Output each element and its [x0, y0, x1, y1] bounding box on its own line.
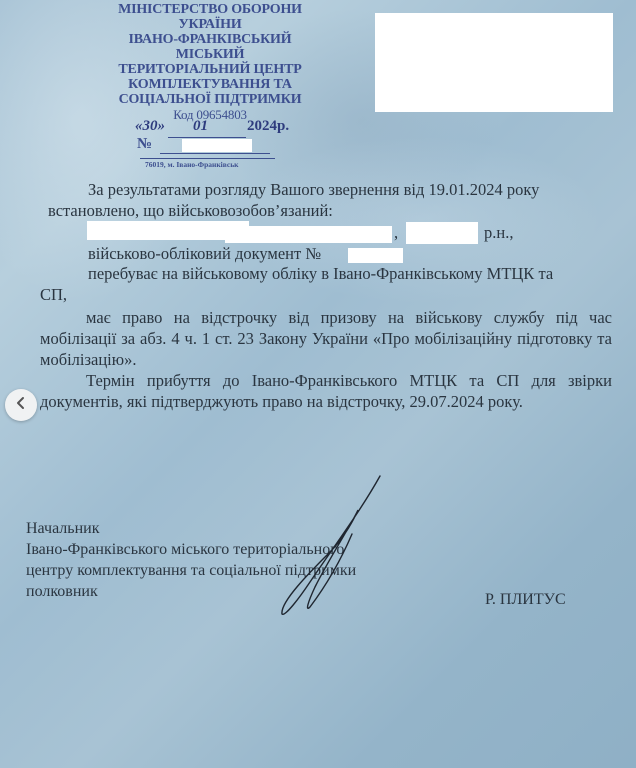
deadline-paragraph: Термін прибуття до Івано-Франківського М… [40, 370, 612, 412]
stamp-line: МІНІСТЕРСТВО ОБОРОНИ [110, 2, 310, 17]
stamp-rule [140, 158, 275, 159]
deferral-paragraph: має право на відстрочку від призову на в… [40, 307, 612, 370]
signatory-name: Р. ПЛИТУС [485, 591, 566, 609]
stamp-rule [160, 153, 270, 154]
stamp-number-label: № [137, 136, 152, 153]
redaction-box [348, 248, 403, 263]
chevron-left-icon [14, 396, 28, 415]
date-day: «30» [135, 118, 165, 135]
stamp-date: «30» 01 2024р. [135, 118, 295, 138]
letter-text: перебуває на військовому обліку в Івано-… [88, 264, 553, 284]
redaction-box [182, 139, 252, 152]
redaction-box [375, 13, 613, 112]
doc-label: військово-обліковий документ № [88, 244, 321, 264]
redaction-box [225, 226, 392, 243]
date-year: 2024р. [247, 118, 289, 135]
stamp-line: МІСЬКИЙ [110, 47, 310, 62]
comma: , [394, 223, 398, 243]
stamp-line: ТЕРИТОРІАЛЬНИЙ ЦЕНТР [110, 62, 310, 77]
redaction-box [406, 222, 478, 244]
official-stamp: МІНІСТЕРСТВО ОБОРОНИ УКРАЇНИ ІВАНО-ФРАНК… [110, 2, 310, 122]
date-month: 01 [193, 118, 208, 135]
stamp-line: ІВАНО-ФРАНКІВСЬКИЙ [110, 32, 310, 47]
birth-year-suffix: р.н., [484, 223, 513, 243]
stamp-line: СОЦІАЛЬНОЇ ПІДТРИМКИ [110, 92, 310, 107]
letter-text: встановлено, що військовозобов’язаний: [48, 201, 333, 221]
stamp-line: УКРАЇНИ [110, 17, 310, 32]
stamp-line: КОМПЛЕКТУВАННЯ ТА [110, 77, 310, 92]
previous-button[interactable] [5, 389, 37, 421]
stamp-address: 76019, м. Івано-Франківськ [145, 160, 239, 169]
stamp-rule [168, 137, 246, 138]
letter-text: СП, [40, 285, 67, 305]
handwritten-signature [270, 472, 390, 627]
letter-text: За результатами розгляду Вашого зверненн… [88, 180, 539, 200]
